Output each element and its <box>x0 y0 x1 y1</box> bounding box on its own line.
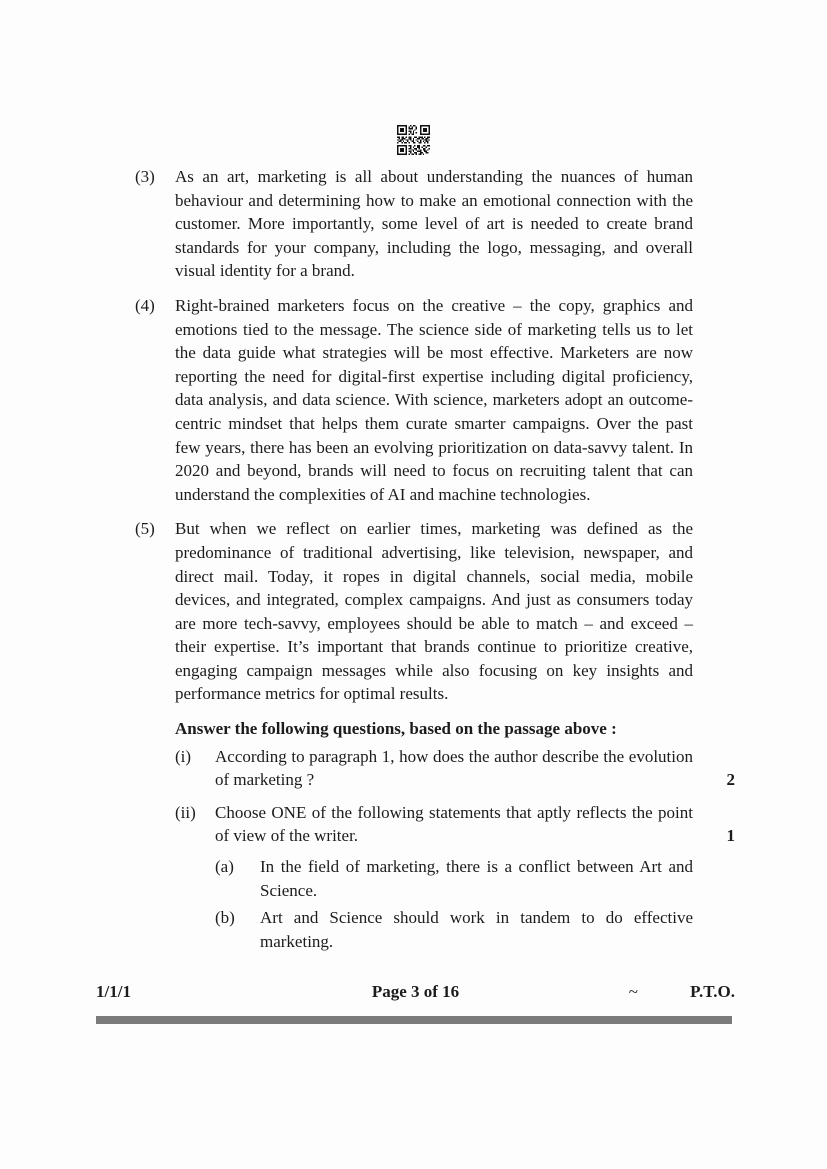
question-options: (a) In the field of marketing, there is … <box>215 855 735 953</box>
question-row: (ii) Choose ONE of the following stateme… <box>175 801 735 848</box>
answer-questions-heading: Answer the following questions, based on… <box>175 717 735 741</box>
page-footer: 1/1/1 Page 3 of 16 ~ P.T.O. <box>96 982 735 1006</box>
question-text: According to paragraph 1, how does the a… <box>215 745 693 792</box>
paper-code: 1/1/1 <box>96 982 131 1002</box>
passage-paragraph: (5) But when we reflect on earlier times… <box>135 517 735 706</box>
option-a: (a) In the field of marketing, there is … <box>215 855 735 902</box>
option-label: (a) <box>215 855 260 902</box>
option-b: (b) Art and Science should work in tande… <box>215 906 735 953</box>
question-marks: 2 <box>727 768 736 792</box>
exam-paper-page: (3) As an art, marketing is all about un… <box>0 0 827 1169</box>
passage-paragraph: (4) Right-brained marketers focus on the… <box>135 294 735 506</box>
page-number: Page 3 of 16 <box>372 982 459 1002</box>
paragraph-text: Right-brained marketers focus on the cre… <box>175 294 693 506</box>
paragraph-text: But when we reflect on earlier times, ma… <box>175 517 693 706</box>
tilde-mark: ~ <box>629 982 638 1002</box>
passage-paragraph: (3) As an art, marketing is all about un… <box>135 165 735 283</box>
passage-content: (3) As an art, marketing is all about un… <box>135 165 735 962</box>
option-text: In the field of marketing, there is a co… <box>260 855 693 902</box>
question-ii: (ii) Choose ONE of the following stateme… <box>175 801 735 954</box>
question-marks: 1 <box>727 824 736 848</box>
question-number: (i) <box>175 745 215 769</box>
question-i: (i) According to paragraph 1, how does t… <box>175 745 735 792</box>
qr-code-icon <box>397 125 430 155</box>
bottom-scan-bar <box>96 1016 732 1024</box>
paragraph-number: (3) <box>135 165 175 283</box>
question-text: Choose ONE of the following statements t… <box>215 801 693 848</box>
paragraph-number: (4) <box>135 294 175 506</box>
paragraph-text: As an art, marketing is all about unders… <box>175 165 693 283</box>
question-number: (ii) <box>175 801 215 825</box>
question-row: (i) According to paragraph 1, how does t… <box>175 745 735 792</box>
option-text: Art and Science should work in tandem to… <box>260 906 693 953</box>
option-label: (b) <box>215 906 260 953</box>
paragraph-number: (5) <box>135 517 175 706</box>
pto-label: P.T.O. <box>690 982 735 1002</box>
